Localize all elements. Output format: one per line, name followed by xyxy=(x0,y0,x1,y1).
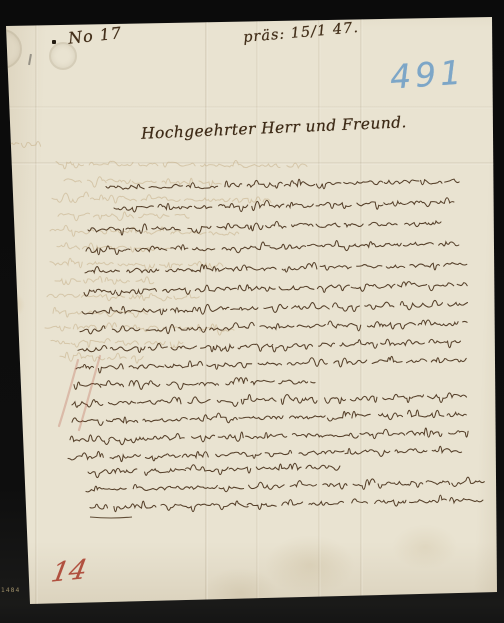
edge-inventory-label: 1484 xyxy=(1,587,20,594)
letter-page: No 17 präs: 15/1 47. 491 Hochgeehrter He… xyxy=(0,0,504,623)
page-number-red: 14 xyxy=(49,554,90,588)
scan-background: No 17 präs: 15/1 47. 491 Hochgeehrter He… xyxy=(0,0,504,623)
foliation-number-blue: 491 xyxy=(389,52,467,96)
